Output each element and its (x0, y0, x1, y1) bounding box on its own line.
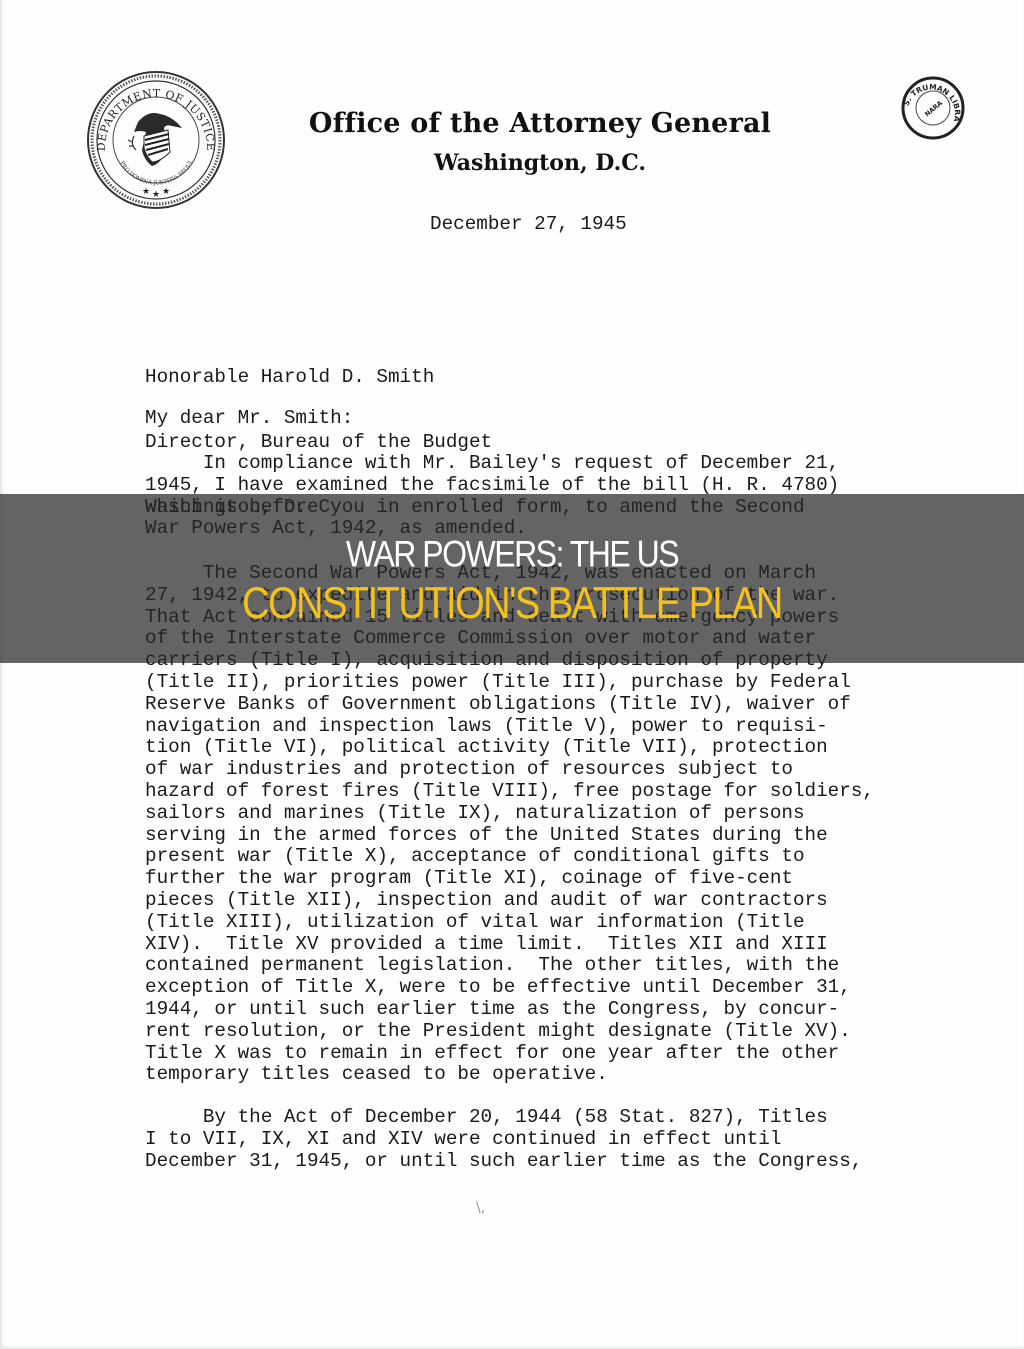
scanned-letter-page: DEPARTMENT OF JUSTICE QUI PRO DOMINA JUS… (0, 0, 1024, 1349)
address-line: Director, Bureau of the Budget (145, 432, 492, 454)
text-line: tion (Title VI), political activity (Tit… (145, 737, 874, 759)
text-line: temporary titles ceased to be operative. (145, 1064, 874, 1086)
svg-text:★: ★ (152, 189, 160, 199)
letter-date: December 27, 1945 (430, 214, 627, 236)
text-line: of war industries and protection of reso… (145, 759, 874, 781)
scan-mark: \, (476, 1200, 485, 1216)
text-line: Reserve Banks of Government obligations … (145, 694, 874, 716)
department-of-justice-seal-icon: DEPARTMENT OF JUSTICE QUI PRO DOMINA JUS… (86, 70, 226, 210)
text-line: exception of Title X, were to be effecti… (145, 977, 874, 999)
text-line: XIV). Title XV provided a time limit. Ti… (145, 934, 874, 956)
headline-line-2: CONSTITUTION'S BATTLE PLAN (0, 579, 1024, 630)
text-line: navigation and inspection laws (Title V)… (145, 716, 874, 738)
text-line: further the war program (Title XI), coin… (145, 868, 874, 890)
salutation: My dear Mr. Smith: (145, 408, 353, 430)
text-line: contained permanent legislation. The oth… (145, 955, 874, 977)
svg-text:★: ★ (162, 186, 170, 196)
text-line: By the Act of December 20, 1944 (58 Stat… (145, 1107, 862, 1129)
text-line: In compliance with Mr. Bailey's request … (145, 453, 839, 475)
letterhead-city: Washington, D.C. (0, 150, 1024, 176)
text-line: December 31, 1945, or until such earlier… (145, 1151, 862, 1173)
text-line: rent resolution, or the President might … (145, 1021, 874, 1043)
letterhead-title: Office of the Attorney General (0, 108, 1024, 139)
text-line: (Title XIII), utilization of vital war i… (145, 912, 874, 934)
text-line: present war (Title X), acceptance of con… (145, 846, 874, 868)
text-line: 1944, or until such earlier time as the … (145, 999, 874, 1021)
text-line: I to VII, IX, XI and XIV were continued … (145, 1129, 862, 1151)
paragraph-3: By the Act of December 20, 1944 (58 Stat… (145, 1107, 862, 1172)
text-line: hazard of forest fires (Title VIII), fre… (145, 781, 874, 803)
text-line: pieces (Title XII), inspection and audit… (145, 890, 874, 912)
text-line: serving in the armed forces of the Unite… (145, 825, 874, 847)
address-line: Honorable Harold D. Smith (145, 367, 492, 389)
svg-text:★: ★ (142, 186, 150, 196)
headline-line-1: WAR POWERS: THE US (0, 533, 1024, 576)
text-line: Title X was to remain in effect for one … (145, 1043, 874, 1065)
text-line: (Title II), priorities power (Title III)… (145, 672, 874, 694)
text-line: sailors and marines (Title IX), naturali… (145, 803, 874, 825)
